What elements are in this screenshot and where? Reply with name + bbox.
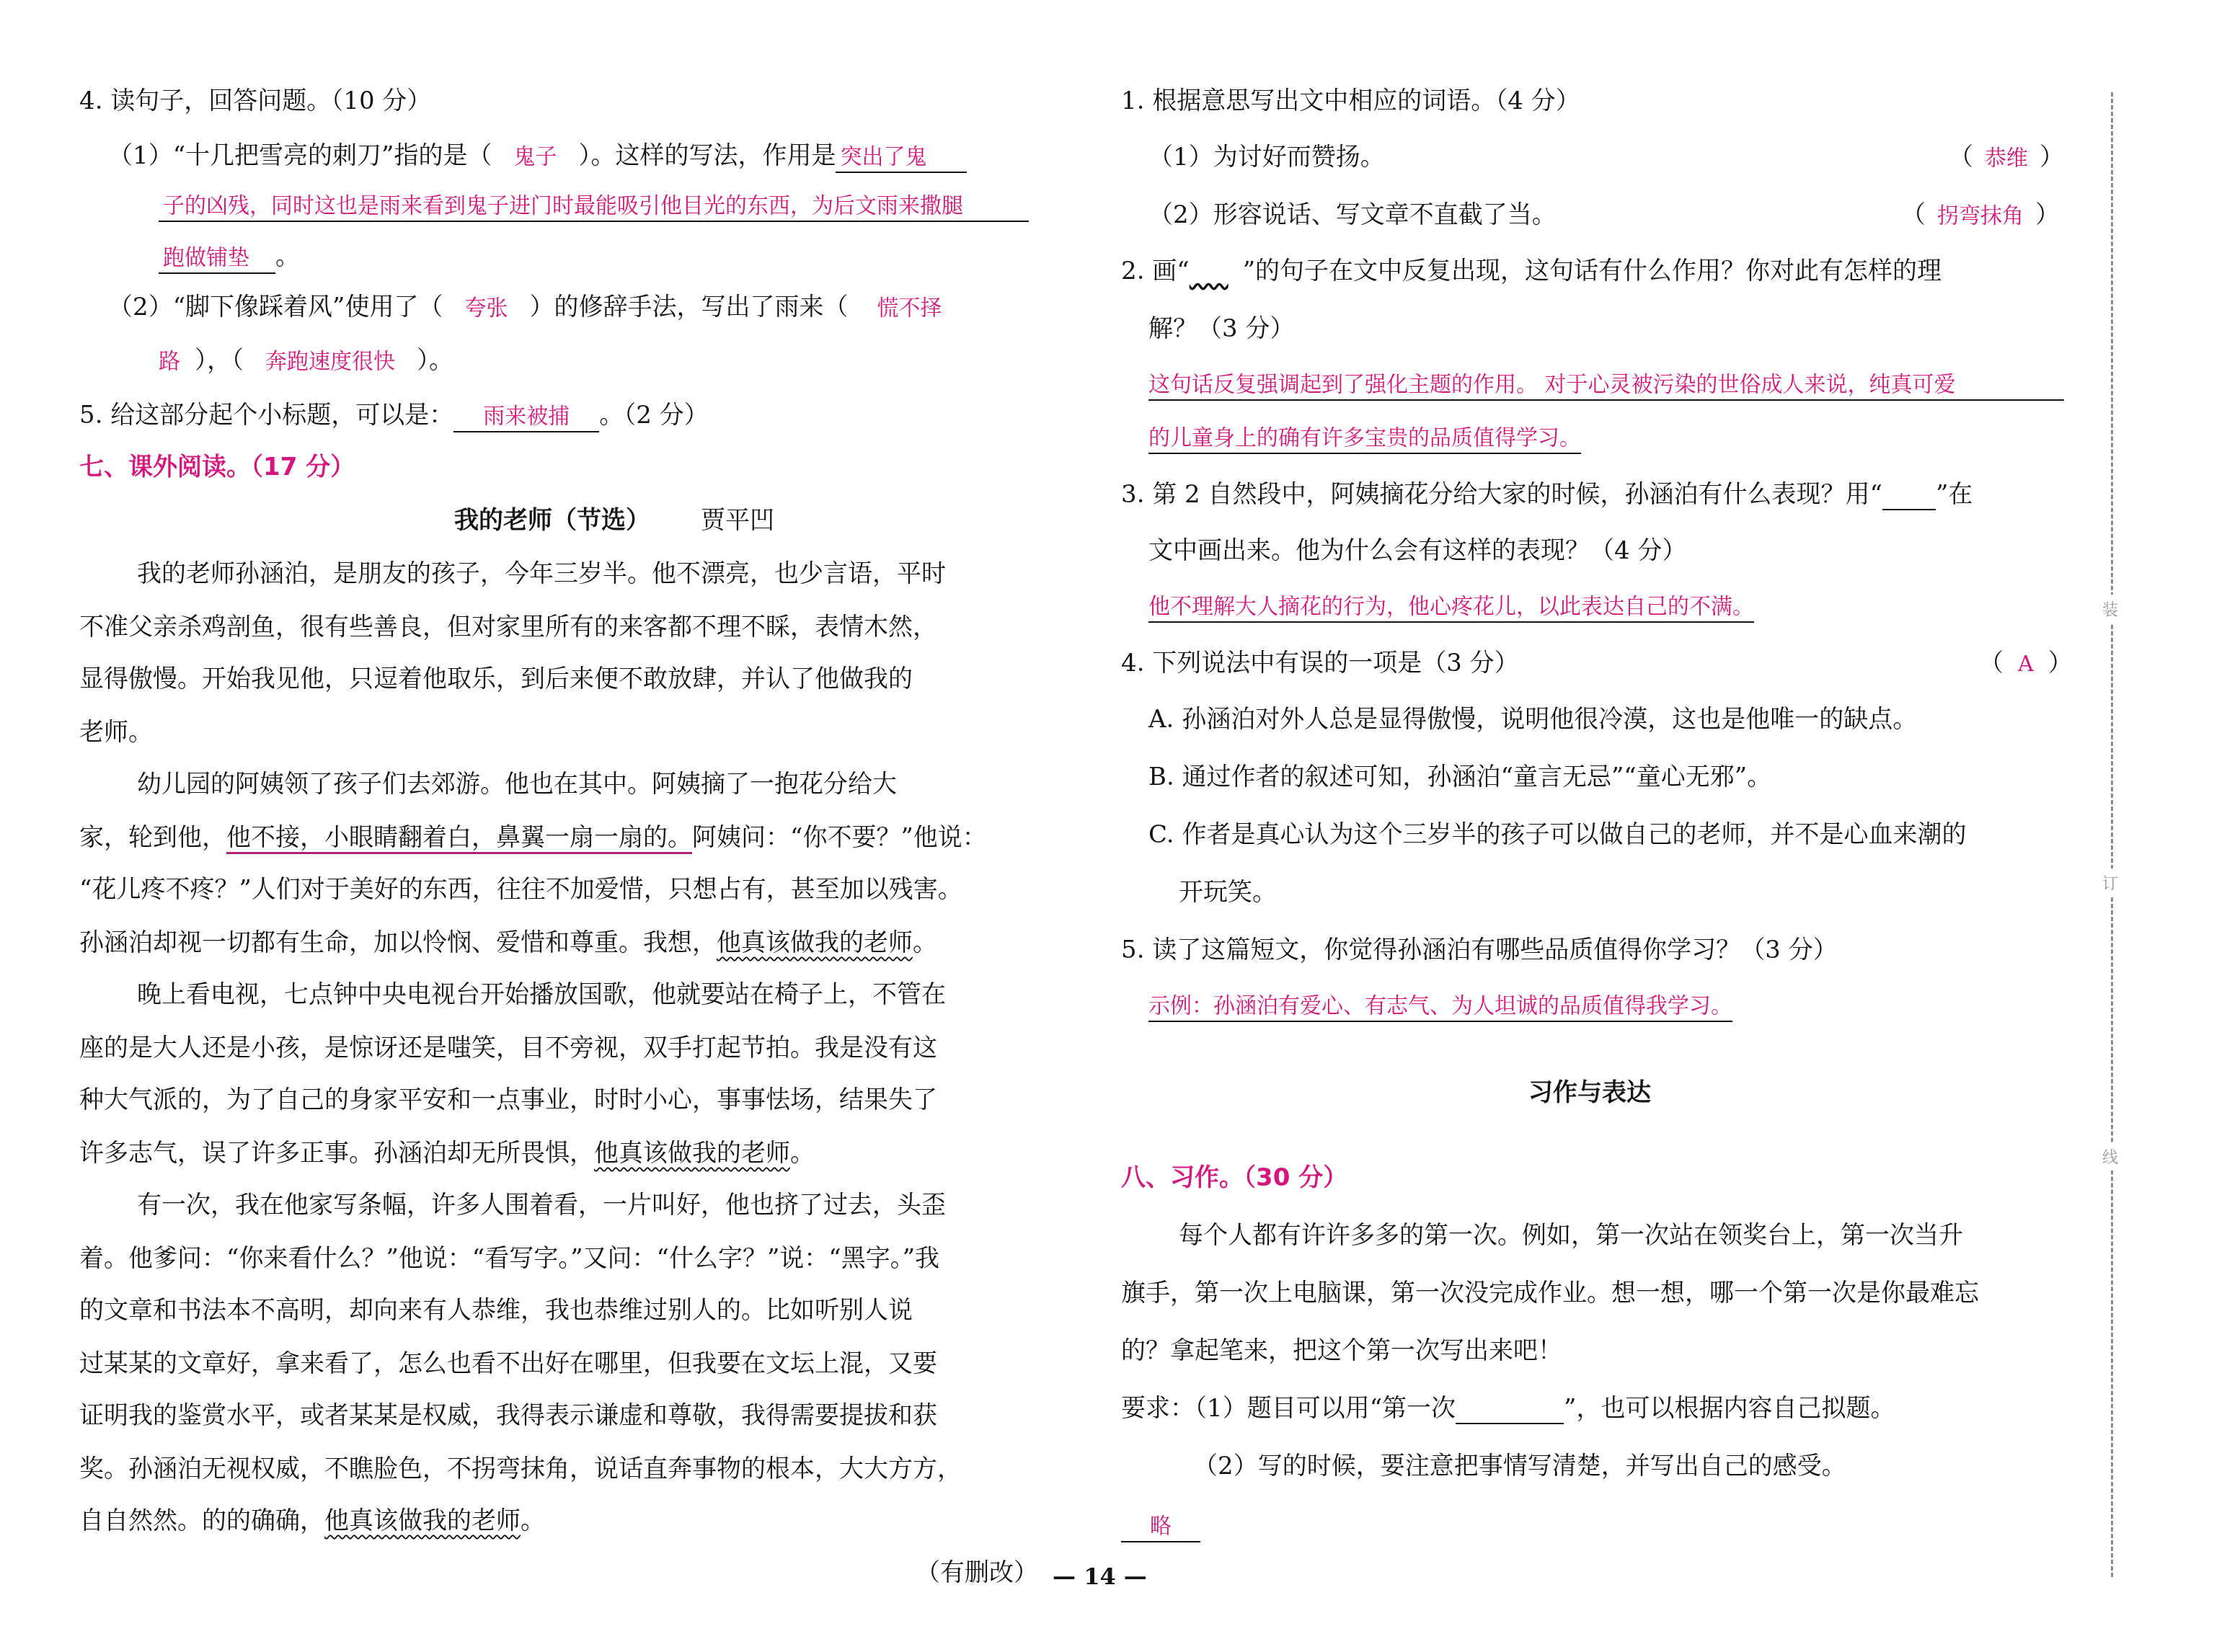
para-line: 晚上看电视，七点钟中央电视台开始播放国歌，他就要站在椅子上，不管在 bbox=[137, 980, 946, 1009]
q4-title: 4. 读句子，回答问题。（10 分） bbox=[79, 86, 431, 115]
q4-sub1: （1）“十几把雪亮的刺刀”指的是（鬼子）。这样的写法，作用是突出了鬼 bbox=[108, 141, 967, 173]
r-q1-answer-box: （拐弯抹角） bbox=[1901, 200, 2060, 231]
margin-char: 装 bbox=[2102, 595, 2118, 623]
margin-char: 订 bbox=[2102, 869, 2118, 897]
para-line: 老师。 bbox=[79, 718, 153, 747]
para-line: 奖。孙涵泊无视权威，不瞧脸色，不拐弯抹角，说话直奔事物的根本，大大方方， bbox=[79, 1455, 962, 1483]
answer-text: 慌不择 bbox=[848, 296, 942, 321]
underlined-sentence: 他不接，小眼睛翻着白，鼻翼一扇一扇的。 bbox=[226, 823, 692, 854]
r-q1-item: （2）形容说话、写文章不直截了当。 bbox=[1148, 200, 1557, 229]
q4-sub2-line2: 路），（奔跑速度很快）。 bbox=[159, 346, 453, 376]
binding-dashed-line bbox=[2111, 92, 2113, 1577]
prompt-line: 旗手，第一次上电脑课，第一次没完成作业。想一想，哪一个第一次是你最难忘 bbox=[1121, 1279, 1979, 1307]
r-q4-option-c-cont: 开玩笑。 bbox=[1179, 878, 1277, 907]
para-line: 座的是大人还是小孩，是惊讶还是嗤笑，目不旁视，双手打起节拍。我是没有这 bbox=[79, 1034, 937, 1062]
margin-char: 线 bbox=[2102, 1142, 2118, 1171]
para-line: 有一次，我在他家写条幅，许多人围着看，一片叫好，他也挤了过去，头歪 bbox=[137, 1191, 946, 1220]
r-q1-answer-box: （恭维） bbox=[1949, 143, 2064, 173]
r-q3-answer: 他不理解大人摘花的行为，他心疼花儿，以此表达自己的不满。 bbox=[1148, 591, 1754, 623]
r-q5-answer: 示例：孙涵泊有爱心、有志气、为人坦诚的品质值得我学习。 bbox=[1148, 990, 1732, 1022]
section-title: 习作与表达 bbox=[1528, 1078, 1651, 1107]
r-q1-title: 1. 根据意思写出文中相应的词语。（4 分） bbox=[1121, 86, 1580, 115]
answer-text: 示例：孙涵泊有爱心、有志气、为人坦诚的品质值得我学习。 bbox=[1148, 992, 1732, 1022]
para-line: 幼儿园的阿姨领了孩子们去郊游。他也在其中。阿姨摘了一抱花分给大 bbox=[137, 770, 897, 799]
para-line: 证明我的鉴赏水平，或者某某是权威，我得表示谦虚和尊敬，我得需要提拔和获 bbox=[79, 1401, 937, 1430]
answer-text: 路 bbox=[159, 349, 180, 374]
answer-text: A bbox=[2004, 652, 2048, 677]
q4-sub1-answer-line3: 跑做铺垫。 bbox=[159, 242, 300, 274]
title-blank bbox=[1456, 1394, 1564, 1424]
para-line: 的文章和书法本不高明，却向来有人恭维，我也恭维过别人的。比如听别人说 bbox=[79, 1296, 913, 1325]
para-line: 不准父亲杀鸡剖鱼，很有些善良，但对家里所有的来客都不理不睬，表情木然， bbox=[79, 613, 937, 641]
para-line: 孙涵泊却视一切都有生命，加以怜悯、爱惜和尊重。我想，他真该做我的老师。 bbox=[79, 928, 937, 957]
para-line: 种大气派的，为了自己的身家平安和一点事业，时时小心，事事怯场，结果失了 bbox=[79, 1085, 937, 1114]
r-q4-option-a: A. 孙涵泊对外人总是显得傲慢，说明他很冷漠，这也是他唯一的缺点。 bbox=[1148, 705, 1917, 734]
para-line: 自自然然。的的确确，他真该做我的老师。 bbox=[79, 1506, 545, 1535]
r-q2-answer: 这句话反复强调起到了强化主题的作用。 对于心灵被污染的世俗成人来说，纯真可爱 bbox=[1148, 369, 2064, 401]
r-q4-option-c: C. 作者是真心认为这个三岁半的孩子可以做自己的老师，并不是心血来潮的 bbox=[1148, 820, 1966, 849]
para-line: 家，轮到他，他不接，小眼睛翻着白，鼻翼一扇一扇的。阿姨问：“你不要？”他说： bbox=[79, 823, 987, 852]
article-title: 我的老师（节选） bbox=[454, 506, 650, 535]
answer-text: 略 bbox=[1121, 1512, 1200, 1542]
r-q4-title: 4. 下列说法中有误的一项是（3 分） bbox=[1121, 649, 1519, 678]
straight-line-symbol bbox=[1882, 480, 1936, 510]
page-number: — 14 — bbox=[1053, 1563, 1147, 1590]
para-line: “花儿疼不疼？”人们对于美好的东西，往往不加爱惜，只想占有，甚至加以残害。 bbox=[79, 875, 962, 904]
r-q3-line2: 文中画出来。他为什么会有这样的表现？（4 分） bbox=[1148, 536, 1686, 565]
para-line: 显得傲慢。开始我见他，只逗着他取乐，到后来便不敢放肆，并认了他做我的 bbox=[79, 665, 913, 693]
para-line: 许多志气，误了许多正事。孙涵泊却无所畏惧，他真该做我的老师。 bbox=[79, 1139, 815, 1168]
answer-text: 子的凶残，同时这也是雨来看到鬼子进门时最能吸引他目光的东西，为后文雨来撒腿 bbox=[159, 192, 1029, 222]
wavy-line-symbol bbox=[1190, 257, 1243, 272]
answer-text: 夸张 bbox=[443, 296, 529, 321]
article-header: 我的老师（节选）贾平凹 bbox=[454, 506, 774, 535]
r-q3: 3. 第 2 自然段中，阿姨摘花分给大家的时候，孙涵泊有什么表现？用“ ”在 bbox=[1121, 480, 1973, 510]
answer-text: 恭维 bbox=[1973, 146, 2040, 171]
answer-text: 奔跑速度很快 bbox=[244, 349, 417, 374]
r-q2-line2: 解？（3 分） bbox=[1148, 314, 1294, 343]
q4-sub2: （2）“脚下像踩着风”使用了（夸张）的修辞手法，写出了雨来（慌不择 bbox=[108, 293, 942, 323]
r-q2-answer: 的儿童身上的确有许多宝贵的品质值得学习。 bbox=[1148, 422, 1581, 454]
section8-heading: 八、习作。（30 分） bbox=[1121, 1163, 1347, 1192]
r-q2: 2. 画“ ”的句子在文中反复出现，这句话有什么作用？你对此有怎样的理 bbox=[1121, 257, 1942, 285]
answer-text: 雨来被捕 bbox=[453, 402, 599, 432]
section7-heading: 七、课外阅读。（17 分） bbox=[79, 453, 355, 481]
wavy-sentence: 他真该做我的老师 bbox=[717, 928, 913, 957]
requirement-2: （2）写的时候，要注意把事情写清楚，并写出自己的感受。 bbox=[1193, 1452, 1846, 1480]
prompt-line: 每个人都有许许多多的第一次。例如，第一次站在领奖台上，第一次当升 bbox=[1179, 1221, 1963, 1250]
answer-text: 突出了鬼 bbox=[836, 143, 967, 173]
r-q5-title: 5. 读了这篇短文，你觉得孙涵泊有哪些品质值得你学习？（3 分） bbox=[1121, 936, 1838, 964]
answer-text: 这句话反复强调起到了强化主题的作用。 对于心灵被污染的世俗成人来说，纯真可爱 bbox=[1148, 370, 2064, 401]
source-note: （有删改） bbox=[916, 1558, 1038, 1587]
para-line: 着。他爹问：“你来看什么？”他说：“看写字。”又问：“什么字？”说：“黑字。”我 bbox=[79, 1244, 939, 1273]
r-q4-answer-box: （A） bbox=[1979, 649, 2073, 679]
answer-text: 的儿童身上的确有许多宝贵的品质值得学习。 bbox=[1148, 424, 1581, 454]
wavy-sentence: 他真该做我的老师 bbox=[324, 1506, 521, 1535]
answer-text: 跑做铺垫 bbox=[159, 244, 275, 274]
para-line: 我的老师孙涵泊，是朋友的孩子，今年三岁半。他不漂亮，也少言语，平时 bbox=[137, 559, 946, 588]
r-essay-answer: 略 bbox=[1121, 1511, 1200, 1542]
answer-text: 拐弯抹角 bbox=[1926, 203, 2035, 228]
requirement-1: 要求：（1）题目可以用“第一次 ”，也可以根据内容自己拟题。 bbox=[1121, 1394, 1895, 1424]
r-q4-option-b: B. 通过作者的叙述可知，孙涵泊“童言无忌”“童心无邪”。 bbox=[1148, 763, 1771, 791]
answer-text: 他不理解大人摘花的行为，他心疼花儿，以此表达自己的不满。 bbox=[1148, 592, 1754, 623]
answer-text: 鬼子 bbox=[492, 144, 578, 169]
q4-sub1-answer-line2: 子的凶残，同时这也是雨来看到鬼子进门时最能吸引他目光的东西，为后文雨来撒腿 bbox=[159, 190, 1029, 222]
prompt-line: 的？拿起笔来，把这个第一次写出来吧！ bbox=[1121, 1336, 1562, 1365]
q5: 5. 给这部分起个小标题，可以是：雨来被捕。（2 分） bbox=[79, 401, 709, 432]
r-q1-item: （1）为讨好而赞扬。 bbox=[1148, 143, 1385, 172]
para-line: 过某某的文章好，拿来看了，怎么也看不出好在哪里，但我要在文坛上混，又要 bbox=[79, 1349, 937, 1378]
wavy-sentence: 他真该做我的老师 bbox=[594, 1139, 790, 1168]
article-author: 贾平凹 bbox=[650, 506, 774, 535]
